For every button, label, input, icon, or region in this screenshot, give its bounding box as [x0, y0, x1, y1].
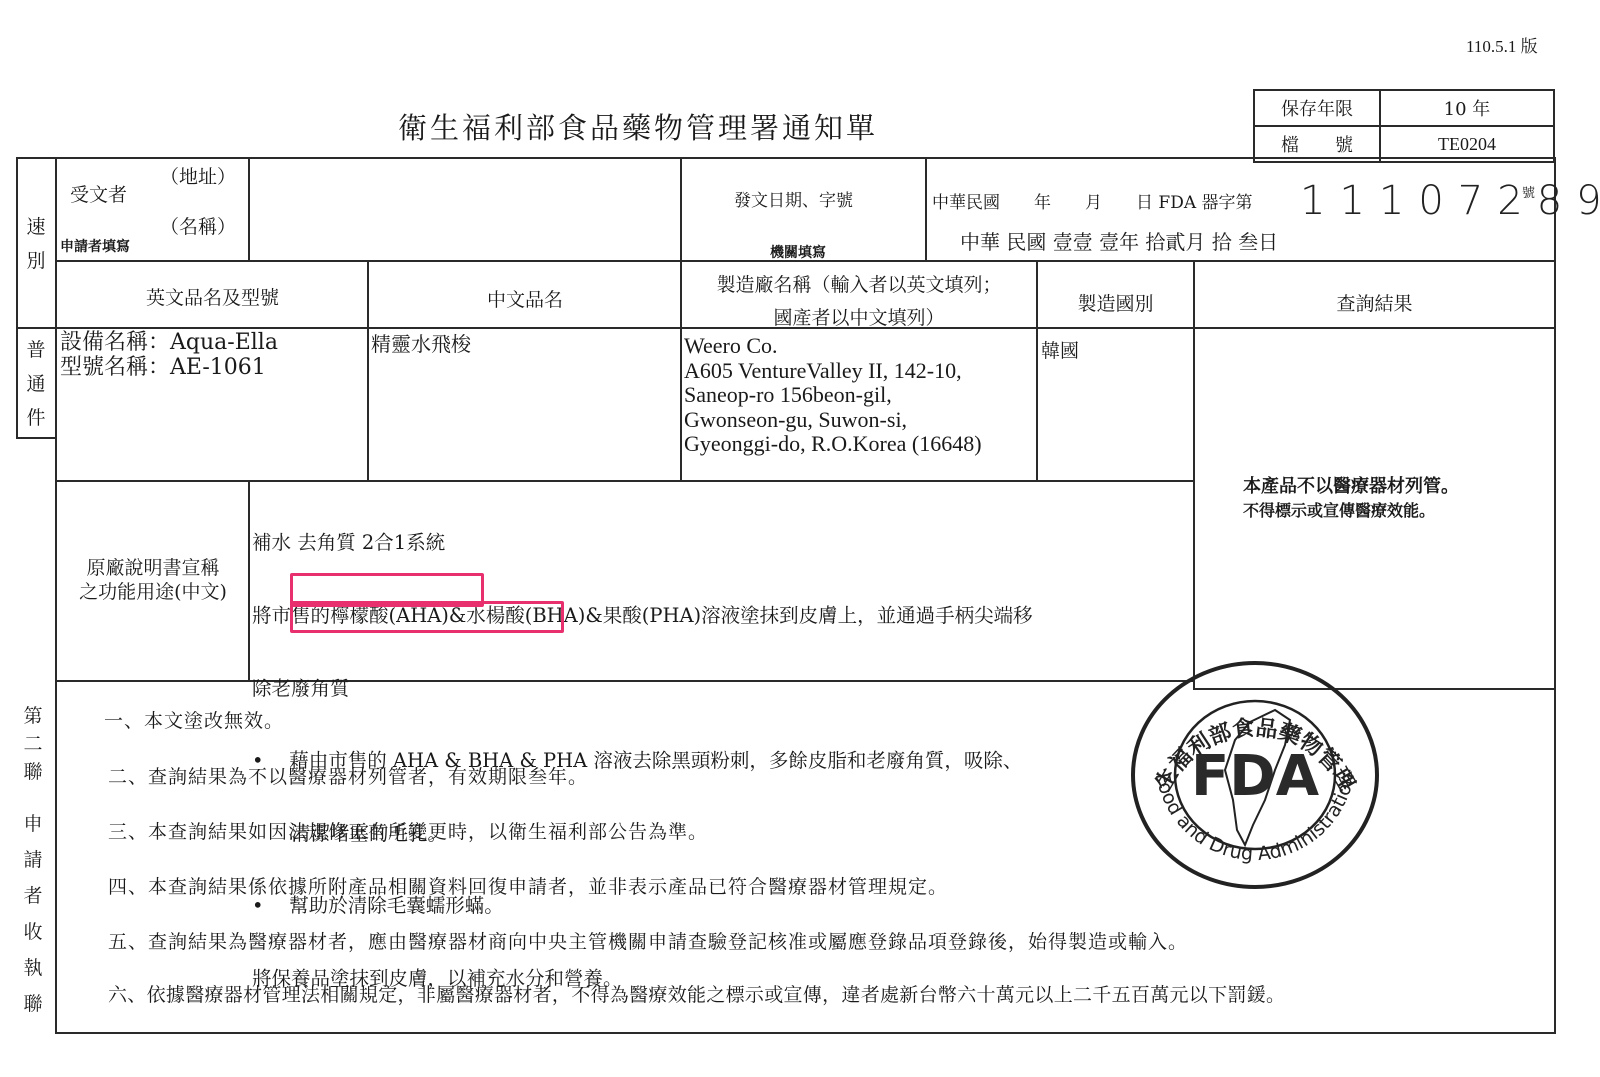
retention-label: 保存年限	[1254, 90, 1380, 126]
notice-1: 一、本文塗改無效。	[104, 706, 284, 733]
urgency-label: 速別	[21, 210, 51, 278]
form-version: 110.5.1 版	[1466, 32, 1538, 57]
header-country: 製造國別	[1038, 289, 1193, 316]
document-number: 1110728955	[1300, 178, 1600, 224]
result-line1: 本產品不以醫療器材列管。	[1243, 472, 1459, 498]
document-number-suffix: 號	[1522, 182, 1535, 201]
normal-priority-label: 普通件	[21, 333, 51, 435]
receipt-copy-label: 申請者收執聯	[18, 806, 48, 1022]
applicant-fill-note: 申請者填寫	[60, 236, 130, 256]
notice-4: 四、本查詢結果係依據所附產品相關資料回復申請者，並非表示產品已符合醫療器材管理規…	[108, 872, 948, 899]
notice-6: 六、依據醫療器材管理法相關規定，非屬醫療器材者，不得為醫療效能之標示或宣傳，違者…	[108, 980, 1285, 1007]
header-chinese-name: 中文品名	[370, 285, 680, 312]
issue-date-label: 發文日期、字號	[734, 186, 853, 211]
country-cell: 韓國	[1041, 336, 1079, 363]
chinese-name-cell: 精靈水飛梭	[371, 332, 471, 357]
notice-5: 五、查詢結果為醫療器材者，應由醫療器材商向中央主管機關申請查驗登記核准或屬應登錄…	[108, 927, 1188, 954]
notice-3: 三、本查詢結果如因法規修正有所變更時，以衛生福利部公告為準。	[108, 817, 708, 844]
header-manufacturer-line1: 製造廠名稱（輸入者以英文填列；	[682, 270, 1036, 297]
manufacturer-cell: Weero Co. A605 VentureValley II, 142-10,…	[684, 334, 982, 457]
page-title: 衛生福利部食品藥物管理署通知單	[398, 106, 878, 147]
recipient-name-field[interactable]	[252, 210, 676, 256]
highlight-box-mites	[290, 601, 564, 633]
name-label: （名稱）	[160, 212, 236, 239]
meta-table: 保存年限 10 年 檔 號 TE0204	[1253, 89, 1555, 163]
copy-number-label: 第二聯	[18, 702, 48, 786]
header-english-name: 英文品名及型號	[60, 283, 365, 310]
claims-label: 原廠說明書宣稱 之功能用途(中文)	[60, 556, 246, 604]
result-line2: 不得標示或宣傳醫療效能。	[1243, 498, 1435, 521]
recipient-label: 受文者	[70, 180, 127, 207]
english-name-cell: 設備名稱：Aqua-Ella 型號名稱：AE-1061	[60, 330, 278, 380]
agency-fill-note: 機關填寫	[770, 242, 826, 262]
stamped-issue-date: 中華 民國 壹壹 壹年 拾貳月 拾 叁日	[960, 226, 1278, 255]
document-number-prefix: 中華民國 年 月 日 FDA 器字第	[932, 188, 1253, 213]
retention-value: 10 年	[1380, 90, 1554, 126]
recipient-address-field[interactable]	[252, 162, 676, 206]
header-result: 查詢結果	[1195, 289, 1554, 316]
notice-2: 二、查詢結果為不以醫療器材列管者，有效期限叁年。	[108, 762, 588, 789]
address-label: （地址）	[160, 162, 236, 189]
fda-seal-icon: FDA 衛生福利部食品藥物管理署 Food and Drug Administr…	[1125, 650, 1385, 890]
header-manufacturer-line2: 國產者以中文填列）	[682, 303, 1036, 330]
